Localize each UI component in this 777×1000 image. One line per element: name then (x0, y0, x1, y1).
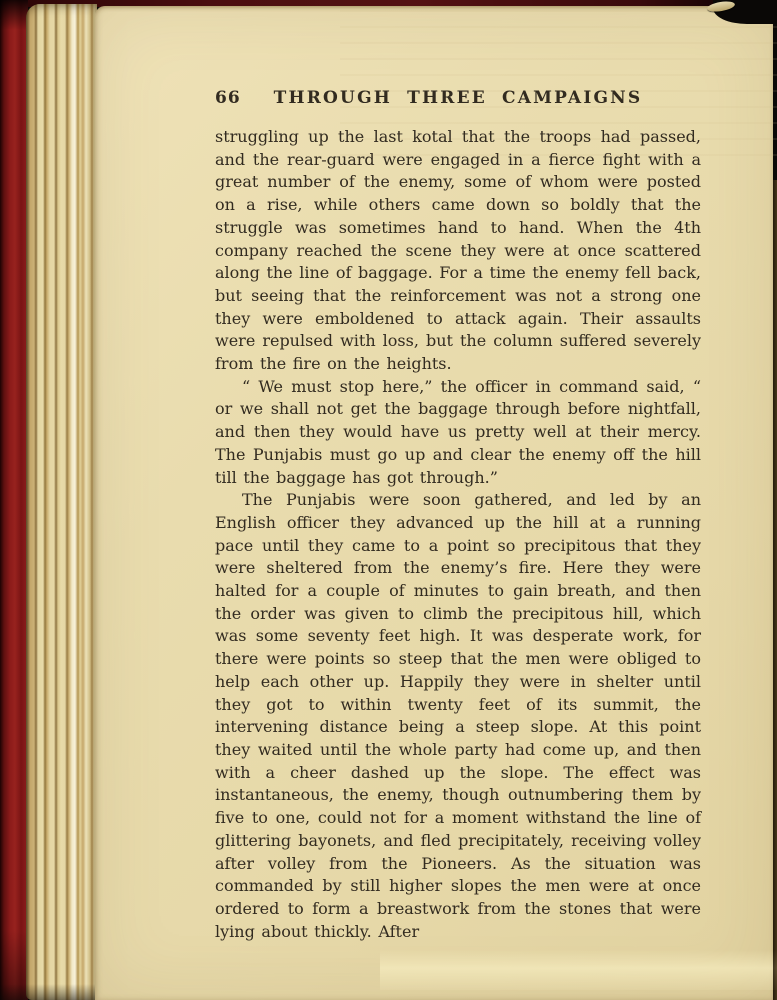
paragraph: The Punjabis were soon gathered, and led… (215, 489, 701, 943)
page-edge-stack (26, 4, 97, 1000)
book-cover-spine (0, 0, 28, 1000)
bottom-left-shadow (0, 984, 95, 1000)
page-block-right-edge (773, 180, 777, 1000)
paragraph: struggling up the last kotal that the tr… (215, 126, 701, 376)
running-title: THROUGH THREE CAMPAIGNS (215, 88, 701, 108)
page-number: 66 (215, 88, 241, 108)
paragraph: “ We must stop here,” the officer in com… (215, 376, 701, 490)
book-scan: 66 THROUGH THREE CAMPAIGNS struggling up… (0, 0, 777, 1000)
body-text: struggling up the last kotal that the tr… (215, 126, 701, 943)
running-head: 66 THROUGH THREE CAMPAIGNS (215, 88, 701, 108)
